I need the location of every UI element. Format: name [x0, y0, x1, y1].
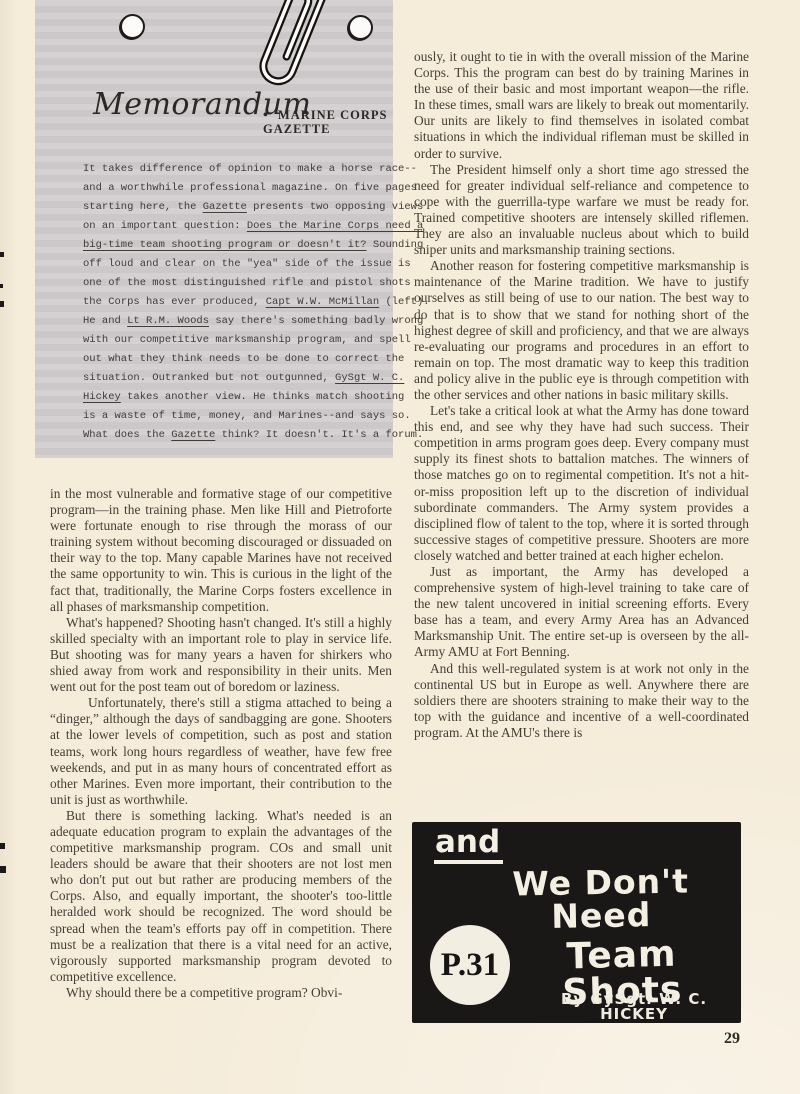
binding-mark	[0, 866, 6, 873]
memo-line: situation. Outranked but not outgunned, …	[83, 369, 425, 388]
binding-mark	[0, 301, 4, 307]
memo-line: He and Lt R.M. Woods say there's somethi…	[83, 312, 425, 331]
teaser-overline: and	[434, 825, 503, 864]
memo-line: Hickey takes another view. He thinks mat…	[83, 388, 425, 407]
teaser-byline: By GySgt. W. C. HICKEY	[534, 992, 734, 1022]
paragraph: But there is something lacking. What's n…	[50, 808, 392, 985]
article-teaser-box: and We Don't Need P.31 Team Shots By GyS…	[412, 822, 741, 1023]
binding-mark	[0, 843, 5, 849]
paragraph: And this well-regulated system is at wor…	[414, 661, 749, 741]
teaser-title-line1: We Don't Need	[469, 864, 732, 935]
magazine-name: •MARINE CORPS GAZETTE	[263, 109, 393, 136]
punch-hole-icon	[120, 14, 145, 39]
paragraph: The President himself only a short time …	[414, 162, 749, 259]
paragraph: What's happened? Shooting hasn't changed…	[50, 615, 392, 695]
paragraph: ously, it ought to tie in with the overa…	[414, 49, 749, 162]
memo-card: Memorandum •MARINE CORPS GAZETTE It take…	[35, 0, 393, 458]
memo-line: off loud and clear on the "yea" side of …	[83, 255, 425, 274]
punch-hole-icon	[348, 15, 373, 40]
magazine-name-label: MARINE CORPS GAZETTE	[263, 108, 387, 136]
memo-line: and a worthwhile professional magazine. …	[83, 179, 425, 198]
article-column-left: in the most vulnerable and formative sta…	[50, 486, 392, 1001]
binding-mark	[0, 252, 4, 257]
memo-line: with our competitive marksmanship progra…	[83, 331, 425, 350]
paragraph: Just as important, the Army has develope…	[414, 564, 749, 661]
paragraph: Another reason for fostering competitive…	[414, 258, 749, 403]
page-badge: P.31	[430, 925, 510, 1005]
paragraph: Why should there be a competitive progra…	[50, 985, 392, 1001]
memo-line: starting here, the Gazette presents two …	[83, 198, 425, 217]
memo-body: It takes difference of opinion to make a…	[83, 160, 425, 445]
paragraph: Unfortunately, there's still a stigma at…	[50, 695, 392, 808]
memo-line: is a waste of time, money, and Marines--…	[83, 407, 425, 426]
memo-line: one of the most distinguished rifle and …	[83, 274, 425, 293]
page-number: 29	[724, 1031, 740, 1047]
memo-line: out what they think needs to be done to …	[83, 350, 425, 369]
memo-line: It takes difference of opinion to make a…	[83, 160, 425, 179]
memo-line: What does the Gazette think? It doesn't.…	[83, 426, 425, 445]
memo-line: the Corps has ever produced, Capt W.W. M…	[83, 293, 425, 312]
memo-line: on an important question: Does the Marin…	[83, 217, 425, 236]
memo-line: big-time team shooting program or doesn'…	[83, 236, 425, 255]
paragraph: Let's take a critical look at what the A…	[414, 403, 749, 564]
bullet-icon: •	[263, 108, 269, 123]
article-column-right: ously, it ought to tie in with the overa…	[414, 49, 749, 741]
paragraph: in the most vulnerable and formative sta…	[50, 486, 392, 615]
binding-mark	[0, 284, 3, 288]
